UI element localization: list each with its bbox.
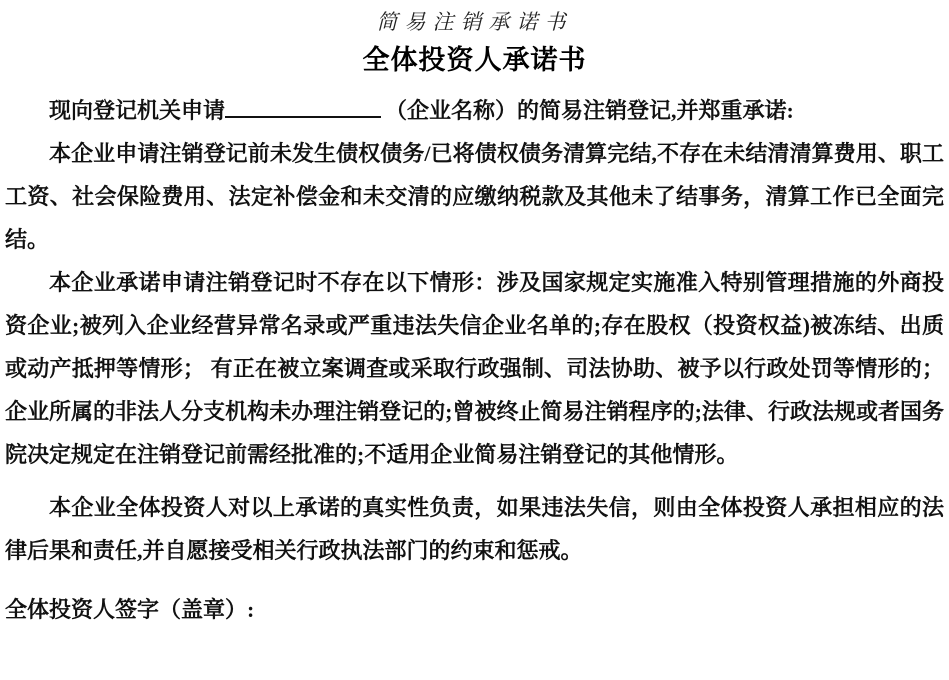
- paragraph-debt-cleared: 本企业申请注销登记前未发生债权债务/已将债权债务清算完结,不存在未结清清算费用、…: [5, 132, 944, 261]
- company-name-blank: [225, 96, 381, 118]
- signature-label: 全体投资人签字（盖章）:: [5, 588, 944, 631]
- document-subtitle: 简易注销承诺书: [5, 8, 944, 36]
- application-prefix: 现向登记机关申请: [49, 98, 225, 123]
- document-title: 全体投资人承诺书: [5, 42, 944, 78]
- paragraph-responsibility: 本企业全体投资人对以上承诺的真实性负责，如果违法失信，则由全体投资人承担相应的法…: [5, 486, 944, 572]
- paragraph-application: 现向登记机关申请（企业名称）的简易注销登记,并郑重承诺:: [5, 89, 944, 132]
- commitment-letter-document: 简易注销承诺书 全体投资人承诺书 现向登记机关申请（企业名称）的简易注销登记,并…: [0, 0, 949, 680]
- application-suffix: （企业名称）的简易注销登记,并郑重承诺:: [385, 98, 794, 123]
- paragraph-no-circumstances: 本企业承诺申请注销登记时不存在以下情形：涉及国家规定实施准入特别管理措施的外商投…: [5, 261, 944, 476]
